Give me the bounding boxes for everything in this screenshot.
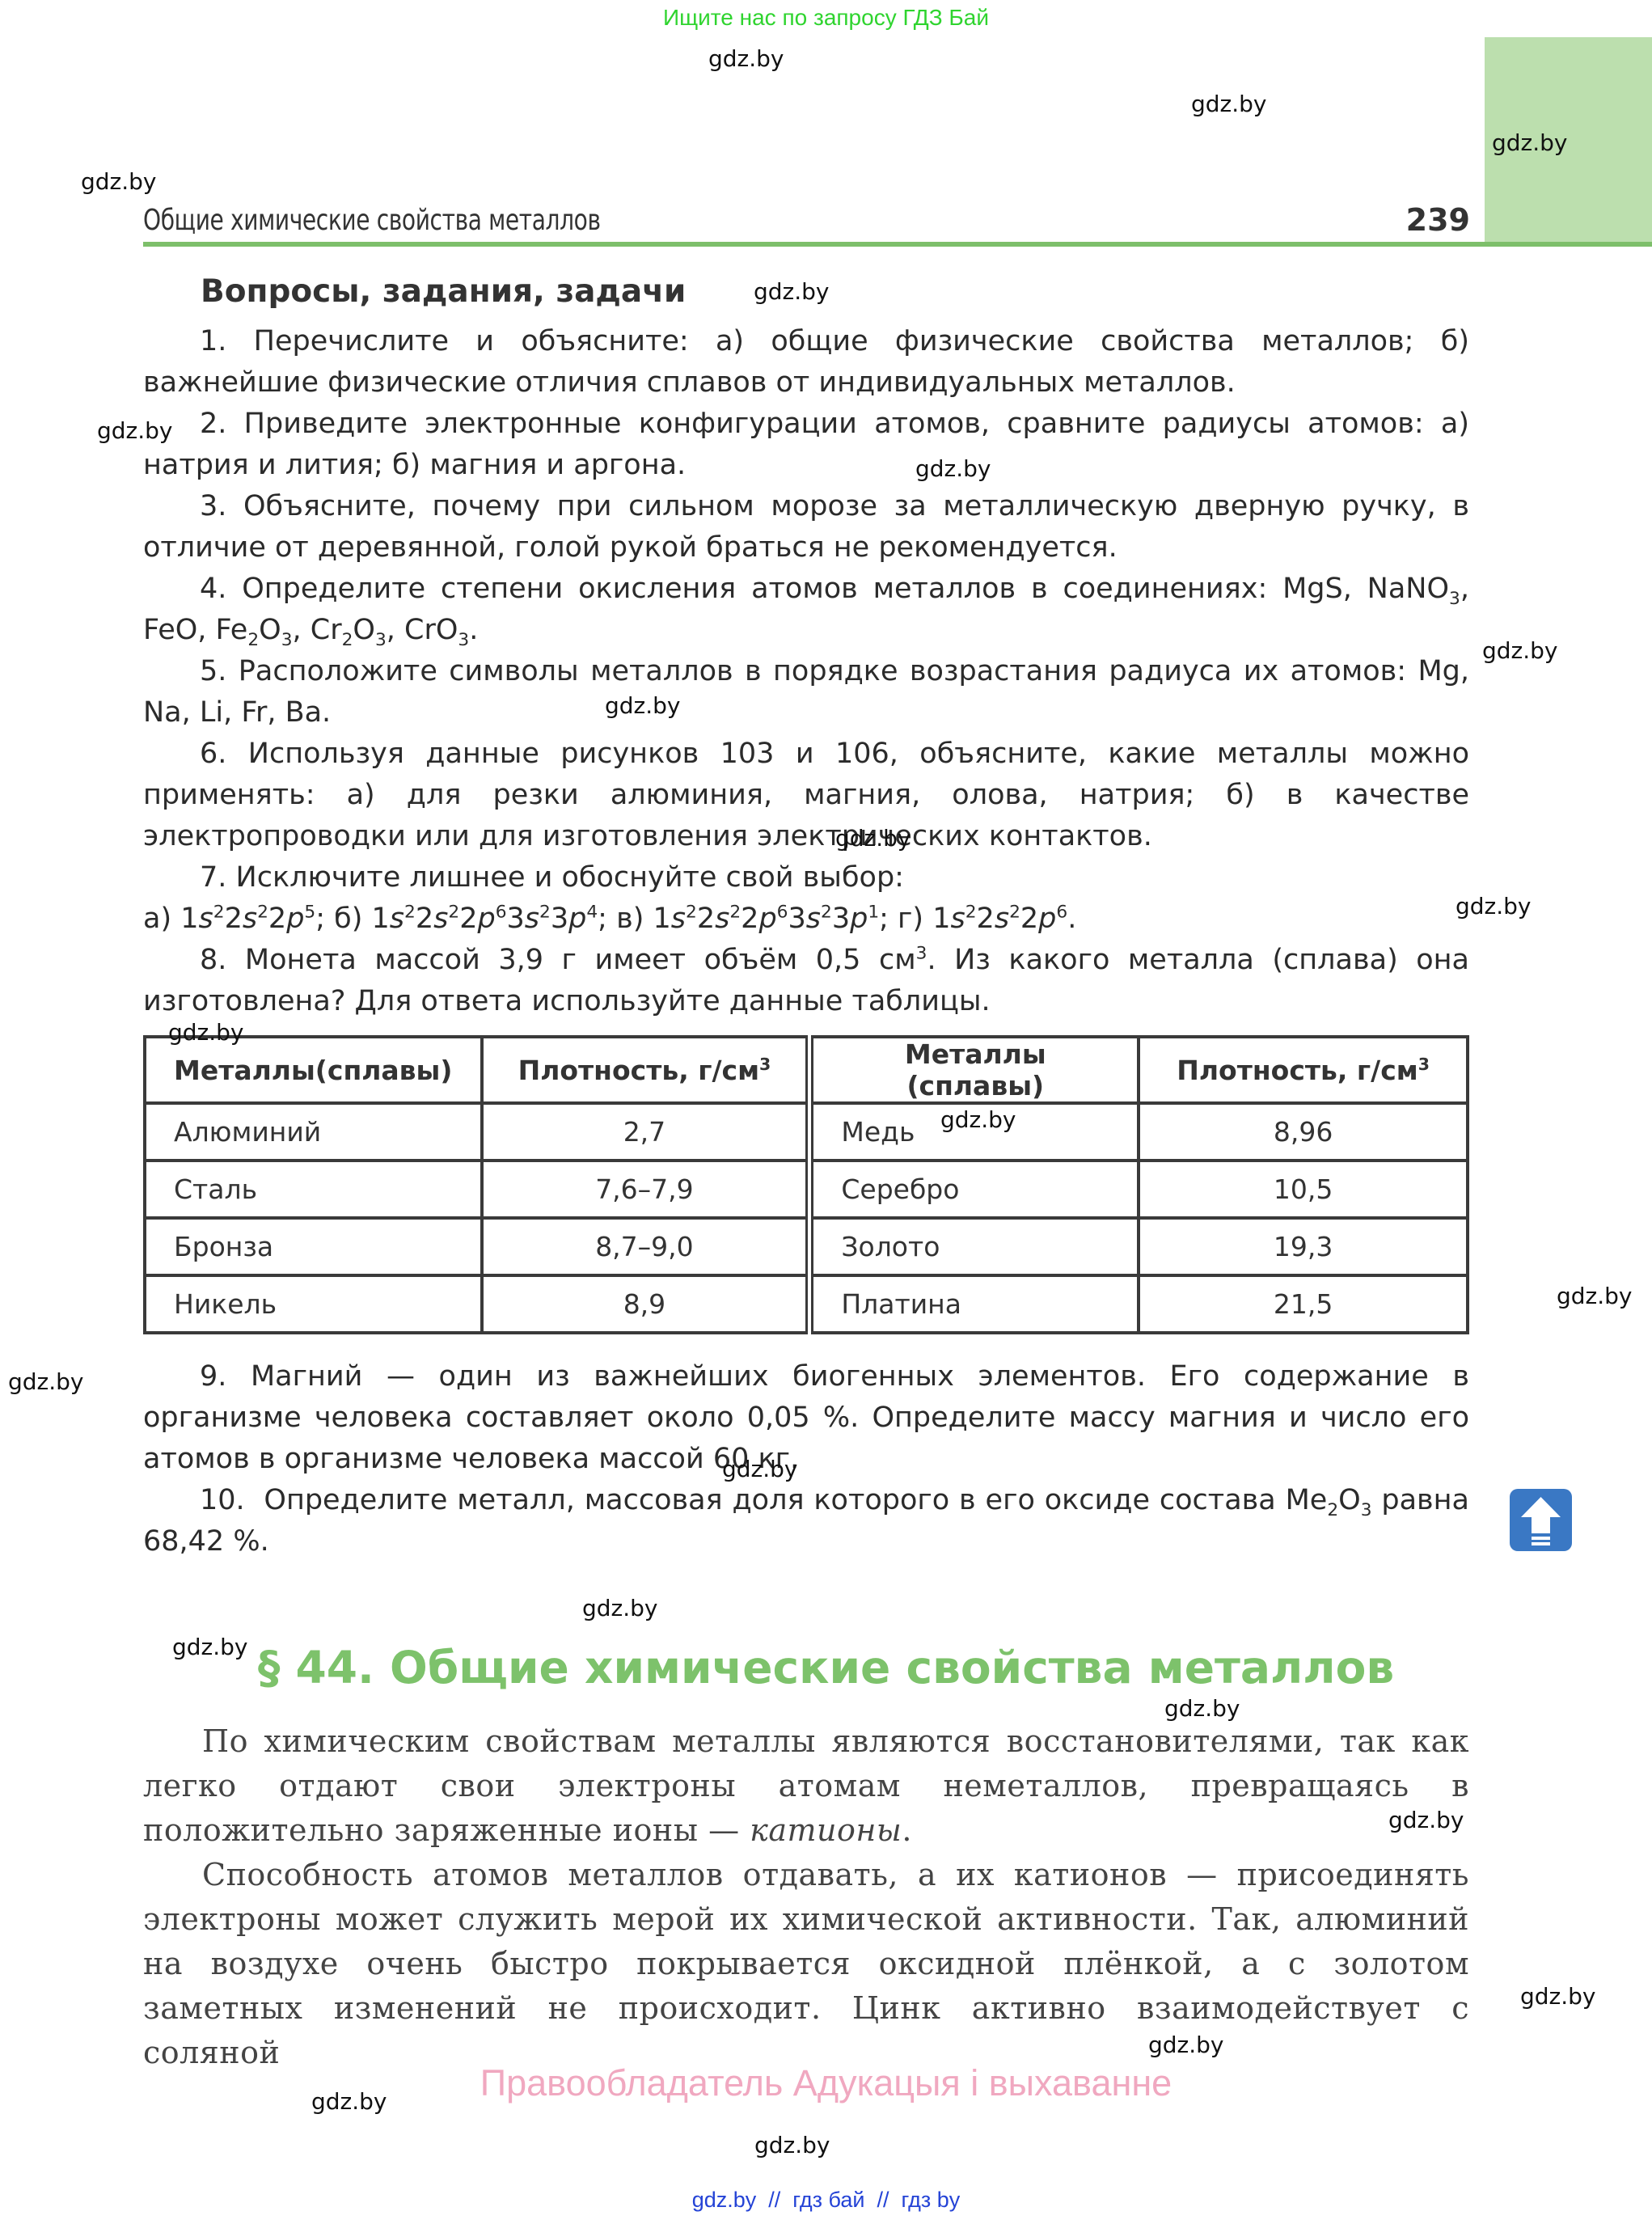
header-metal-1: Металлы(сплавы) <box>145 1037 482 1103</box>
watermark: gdz.by <box>1557 1283 1633 1309</box>
watermark: gdz.by <box>1164 1695 1240 1722</box>
density-value-cell: 8,9 <box>482 1275 810 1333</box>
questions-heading: Вопросы, задания, задачи <box>201 273 686 310</box>
questions-list-continued: 9. Магний — один из важнейших биогенных … <box>143 1356 1469 1562</box>
density-value-cell: 8,96 <box>1139 1103 1468 1161</box>
question-item: 6. Используя данные рисунков 103 и 106, … <box>143 734 1469 857</box>
question-item: 4. Определите степени окисления атомов м… <box>143 569 1469 651</box>
metal-name-cell: Сталь <box>145 1161 482 1218</box>
scroll-up-button[interactable] <box>1510 1489 1572 1551</box>
watermark: gdz.by <box>1492 129 1568 156</box>
question-item: 9. Магний — один из важнейших биогенных … <box>143 1356 1469 1480</box>
body-paragraph: По химическим свойствам металлы являются… <box>143 1719 1469 1853</box>
watermark: gdz.by <box>1148 2032 1224 2058</box>
metal-name-cell: Никель <box>145 1275 482 1333</box>
density-value-cell: 2,7 <box>482 1103 810 1161</box>
table-row: Никель8,9Платина21,5 <box>145 1275 1468 1333</box>
density-value-cell: 19,3 <box>1139 1218 1468 1275</box>
density-value-cell: 7,6–7,9 <box>482 1161 810 1218</box>
watermark: gdz.by <box>172 1634 248 1660</box>
header-metal-2: Металлы (сплавы) <box>809 1037 1139 1103</box>
metal-name-cell: Бронза <box>145 1218 482 1275</box>
watermark: gdz.by <box>97 417 173 444</box>
watermark: gdz.by <box>1482 637 1558 664</box>
watermark: gdz.by <box>708 45 784 72</box>
question-item: 8. Монета массой 3,9 г имеет объём 0,5 с… <box>143 940 1469 1022</box>
watermark: gdz.by <box>168 1019 244 1046</box>
table-row: Алюминий2,7Медь8,96 <box>145 1103 1468 1161</box>
question-item: 2. Приведите электронные конфигурации ат… <box>143 404 1469 486</box>
watermark: gdz.by <box>1520 1983 1596 2010</box>
watermark: gdz.by <box>1388 1807 1464 1833</box>
density-value-cell: 21,5 <box>1139 1275 1468 1333</box>
watermark: gdz.by <box>81 168 157 195</box>
watermark: gdz.by <box>8 1368 84 1395</box>
watermark: gdz.by <box>754 278 830 305</box>
density-table: Металлы(сплавы) Плотность, г/см3 Металлы… <box>143 1035 1469 1334</box>
questions-list: 1. Перечислите и объясните: а) общие физ… <box>143 321 1469 1022</box>
copyright-notice: Правообладатель Адукацыя і выхаванне <box>0 2062 1652 2104</box>
running-title: Общие химические свойства металлов <box>143 204 601 237</box>
metal-name-cell: Алюминий <box>145 1103 482 1161</box>
table-header-row: Металлы(сплавы) Плотность, г/см3 Металлы… <box>145 1037 1468 1103</box>
metal-name-cell: Золото <box>809 1218 1139 1275</box>
page-number: 239 <box>1406 202 1470 238</box>
body-text: По химическим свойствам металлы являются… <box>143 1719 1469 2075</box>
question-item: 5. Расположите символы металлов в порядк… <box>143 651 1469 734</box>
question-item: 10. Определите металл, массовая доля кот… <box>143 1480 1469 1562</box>
watermark: gdz.by <box>1191 91 1267 117</box>
arrow-up-icon <box>1510 1489 1572 1551</box>
watermark: gdz.by <box>1456 893 1532 920</box>
watermark: gdz.by <box>835 825 911 852</box>
header-density-2: Плотность, г/см3 <box>1139 1037 1468 1103</box>
metal-name-cell: Платина <box>809 1275 1139 1333</box>
header-density-1: Плотность, г/см3 <box>482 1037 810 1103</box>
question-item: 7. Исключите лишнее и обоснуйте свой выб… <box>143 857 1469 940</box>
watermark: gdz.by <box>754 2132 830 2158</box>
table-row: Бронза8,7–9,0Золото19,3 <box>145 1218 1468 1275</box>
header-divider <box>143 242 1652 247</box>
question-item: 1. Перечислите и объясните: а) общие физ… <box>143 321 1469 404</box>
top-banner: Ищите нас по запросу ГДЗ Бай <box>0 5 1652 31</box>
table-row: Сталь7,6–7,9Серебро10,5 <box>145 1161 1468 1218</box>
footer-links[interactable]: gdz.by // гдз бай // гдз by <box>0 2188 1652 2213</box>
watermark: gdz.by <box>605 692 681 719</box>
watermark: gdz.by <box>582 1595 658 1621</box>
watermark: gdz.by <box>915 455 991 482</box>
body-paragraph: Способность атомов металлов отдавать, а … <box>143 1853 1469 2075</box>
density-value-cell: 8,7–9,0 <box>482 1218 810 1275</box>
metal-name-cell: Серебро <box>809 1161 1139 1218</box>
question-item: 3. Объясните, почему при сильном морозе … <box>143 486 1469 569</box>
watermark: gdz.by <box>311 2088 387 2115</box>
density-value-cell: 10,5 <box>1139 1161 1468 1218</box>
watermark: gdz.by <box>940 1106 1016 1133</box>
watermark: gdz.by <box>722 1456 798 1482</box>
